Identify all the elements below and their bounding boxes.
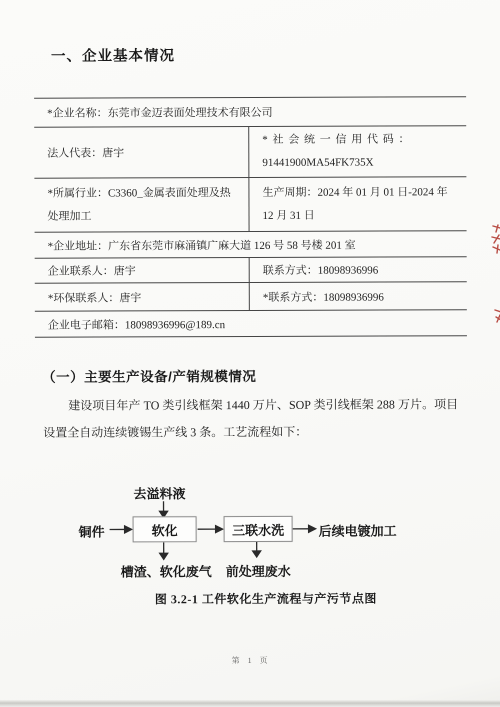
table-row-contact: 企业联系人：唐宇 联系方式：18098936996 — [35, 257, 467, 284]
section1-title: 一、企业基本情况 — [51, 44, 175, 65]
arrow-down-icon — [253, 551, 261, 557]
credit-code-cell: * 社 会 统 一 信 用 代 码 ： 91441900MA54FK735X — [249, 126, 466, 177]
table-row-env-contact: *环保联系人：唐宇 *联系方式：18098936996 — [35, 282, 467, 312]
arrow-right-icon — [216, 526, 223, 533]
legal-rep-cell: 法人代表：唐宇 — [34, 127, 249, 178]
table-row-company-name: *企业名称：东莞市金迈表面处理技术有限公司 — [34, 97, 466, 128]
address-cell: *企业地址：广东省东莞市麻涌镇广麻大道 126 号 58 号楼 201 室 — [35, 231, 467, 258]
table-row-address: *企业地址：广东省东莞市麻涌镇广麻大道 126 号 58 号楼 201 室 — [35, 231, 467, 259]
table-row-industry: *所属行业：C3360_金属表面处理及热处理加工 生产周期：2024 年 01 … — [34, 177, 466, 233]
red-ink-mark — [492, 307, 500, 324]
credit-code-label: * 社 会 统 一 信 用 代 码 ： — [262, 128, 458, 152]
production-period-cell: 生产周期：2024 年 01 月 01 日-2024 年 12 月 31 日 — [249, 177, 466, 231]
table-row-legal-rep: 法人代表：唐宇 * 社 会 统 一 信 用 代 码 ： 91441900MA54… — [34, 126, 466, 179]
red-ink-mark — [489, 224, 500, 256]
process-box-triple-rinse: 三联水洗 — [224, 516, 293, 542]
page-number: 第 1 页 — [1, 654, 500, 667]
company-name-cell: *企业名称：东莞市金迈表面处理技术有限公司 — [34, 97, 466, 127]
arrow-right-icon — [309, 525, 316, 532]
table-row-email: 企业电子邮箱：18098936996@189.cn — [35, 310, 467, 338]
email-cell: 企业电子邮箱：18098936996@189.cn — [35, 310, 467, 337]
arrow-down-icon — [160, 553, 168, 559]
arrow-right-icon — [125, 526, 132, 533]
company-info-table: *企业名称：东莞市金迈表面处理技术有限公司 法人代表：唐宇 * 社 会 统 一 … — [34, 96, 467, 338]
env-contact-cell: *环保联系人：唐宇 — [35, 283, 250, 311]
contact-phone-cell: 联系方式：18098936996 — [250, 257, 467, 282]
diagram-waste1-label: 槽渣、软化废气 — [121, 561, 212, 580]
section2-title: （一）主要生产设备/产销规模情况 — [42, 365, 256, 386]
scan-bottom-edge — [0, 700, 500, 707]
env-phone-cell: *联系方式：18098936996 — [250, 282, 467, 310]
scanned-document-page: 一、企业基本情况 *企业名称：东莞市金迈表面处理技术有限公司 法人代表：唐宇 *… — [0, 0, 500, 707]
credit-code-value: 91441900MA54FK735X — [262, 151, 458, 175]
process-flow-diagram: 去溢料液 铜件 软化 三联水洗 后续电镀加工 槽渣、软化废气 前处理废水 图 3… — [0, 469, 500, 616]
diagram-start-label: 铜件 — [79, 522, 105, 541]
diagram-input-label: 去溢料液 — [133, 483, 185, 502]
legal-rep-text: 法人代表：唐宇 — [47, 144, 240, 161]
figure-caption: 图 3.2-1 工件软化生产流程与产污节点图 — [31, 589, 500, 608]
page-content: 一、企业基本情况 *企业名称：东莞市金迈表面处理技术有限公司 法人代表：唐宇 *… — [0, 0, 500, 707]
contact-cell: 企业联系人：唐宇 — [35, 258, 250, 283]
industry-cell: *所属行业：C3360_金属表面处理及热处理加工 — [34, 178, 249, 232]
diagram-waste2-label: 前处理废水 — [226, 561, 291, 580]
process-box-soften: 软化 — [133, 516, 197, 542]
diagram-end-label: 后续电镀加工 — [319, 520, 397, 539]
intro-paragraph: 建设项目年产 TO 类引线框架 1440 万片、SOP 类引线框架 288 万片… — [43, 391, 458, 446]
